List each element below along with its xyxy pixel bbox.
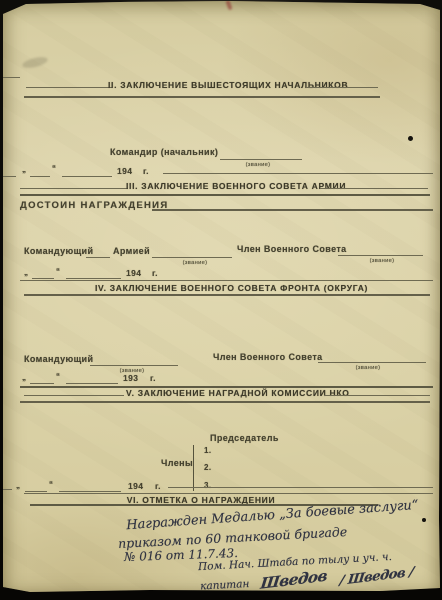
header-rule-left (26, 87, 112, 88)
rank-hint: (звание) (228, 162, 288, 168)
date-year-suffix: г. (143, 166, 149, 176)
member-number-3: 3. (204, 481, 211, 490)
date-quote-close: “ (56, 267, 60, 276)
member-number-2: 2. (204, 463, 211, 472)
rank-hint: (звание) (352, 258, 412, 264)
date-blank-line (30, 383, 54, 384)
date-year-suffix: г. (155, 481, 161, 491)
date-year: 194 (126, 268, 141, 278)
worthy-label: ДОСТОИН НАГРАЖДЕНИЯ (20, 200, 168, 211)
header-rule-right (324, 395, 430, 396)
date-year-suffix: г. (150, 373, 156, 383)
section-ii-title: II. ЗАКЛЮЧЕНИЕ ВЫШЕСТОЯЩИХ НАЧАЛЬНИКОВ (108, 80, 304, 90)
blank-line (86, 257, 110, 258)
date-blank-line (66, 278, 121, 279)
date-blank-line (25, 491, 47, 492)
rank-hint: (звание) (165, 260, 225, 266)
date-year: 194 (128, 481, 143, 491)
header-rule-right (306, 87, 378, 88)
section-rule (20, 280, 433, 281)
army-label: Армией (113, 246, 150, 256)
section-iii-title: III. ЗАКЛЮЧЕНИЕ ВОЕННОГО СОВЕТА АРМИИ (126, 181, 318, 191)
commanding-army-label: Командующий (24, 246, 93, 256)
date-blank-line (59, 491, 121, 492)
pencil-mark (21, 55, 48, 70)
date-quote-open: „ (24, 268, 28, 277)
section-rule (24, 96, 380, 98)
blank-line (152, 257, 232, 258)
header-rule-left (20, 188, 128, 189)
trailing-rule (163, 173, 433, 174)
worthy-blank-line (152, 209, 433, 211)
member-number-1: 1. (204, 446, 211, 455)
commander-blank-line (220, 159, 302, 160)
margin-rule (0, 489, 12, 490)
section-rule (24, 493, 433, 494)
margin-rule (0, 77, 20, 78)
margin-rule (0, 176, 16, 177)
red-mark (225, 0, 232, 10)
header-rule-right (320, 188, 428, 189)
section-rule (20, 401, 430, 403)
section-iv-title: IV. ЗАКЛЮЧЕНИЕ ВОЕННОГО СОВЕТА ФРОНТА (О… (95, 283, 350, 293)
date-blank-line (30, 176, 50, 177)
document-page: II. ЗАКЛЮЧЕНИЕ ВЫШЕСТОЯЩИХ НАЧАЛЬНИКОВ К… (0, 0, 442, 600)
scan-background: II. ЗАКЛЮЧЕНИЕ ВЫШЕСТОЯЩИХ НАЧАЛЬНИКОВ К… (0, 0, 442, 600)
date-quote-close: “ (52, 164, 56, 173)
commander-label: Командир (начальник) (110, 147, 218, 157)
trailing-rule (168, 487, 433, 488)
date-quote-open: „ (22, 165, 26, 174)
date-blank-line (66, 383, 118, 384)
date-quote-open: „ (22, 373, 26, 382)
blank-line (338, 255, 423, 256)
date-blank-line (32, 278, 54, 279)
members-bracket (193, 445, 194, 491)
members-label: Члены (161, 458, 193, 468)
section-rule (24, 294, 430, 296)
date-blank-line (62, 176, 112, 177)
date-quote-close: “ (56, 372, 60, 381)
date-quote-open: „ (16, 481, 20, 490)
date-year: 194 (117, 166, 132, 176)
signer-rank: капитан (200, 578, 250, 593)
ink-spot (408, 136, 413, 141)
signature-scribble: Шведов (259, 567, 328, 593)
section-v-title: V. ЗАКЛЮЧЕНИЕ НАГРАДНОЙ КОМИССИИ НКО (126, 388, 320, 398)
blank-line (90, 365, 178, 366)
signer-name: / Шведов / (338, 565, 414, 589)
council-member-label: Член Военного Совета (213, 352, 323, 362)
blank-line (318, 362, 426, 363)
commanding-label: Командующий (24, 354, 93, 364)
date-quote-close: “ (49, 480, 53, 489)
chairman-label: Председатель (210, 433, 279, 443)
date-year: 193 (123, 373, 138, 383)
rank-hint: (звание) (338, 365, 398, 371)
date-year-suffix: г. (152, 268, 158, 278)
section-rule (20, 194, 430, 196)
ink-spot (422, 518, 426, 522)
council-member-label: Член Военного Совета (237, 244, 347, 254)
header-rule-left (24, 395, 124, 396)
